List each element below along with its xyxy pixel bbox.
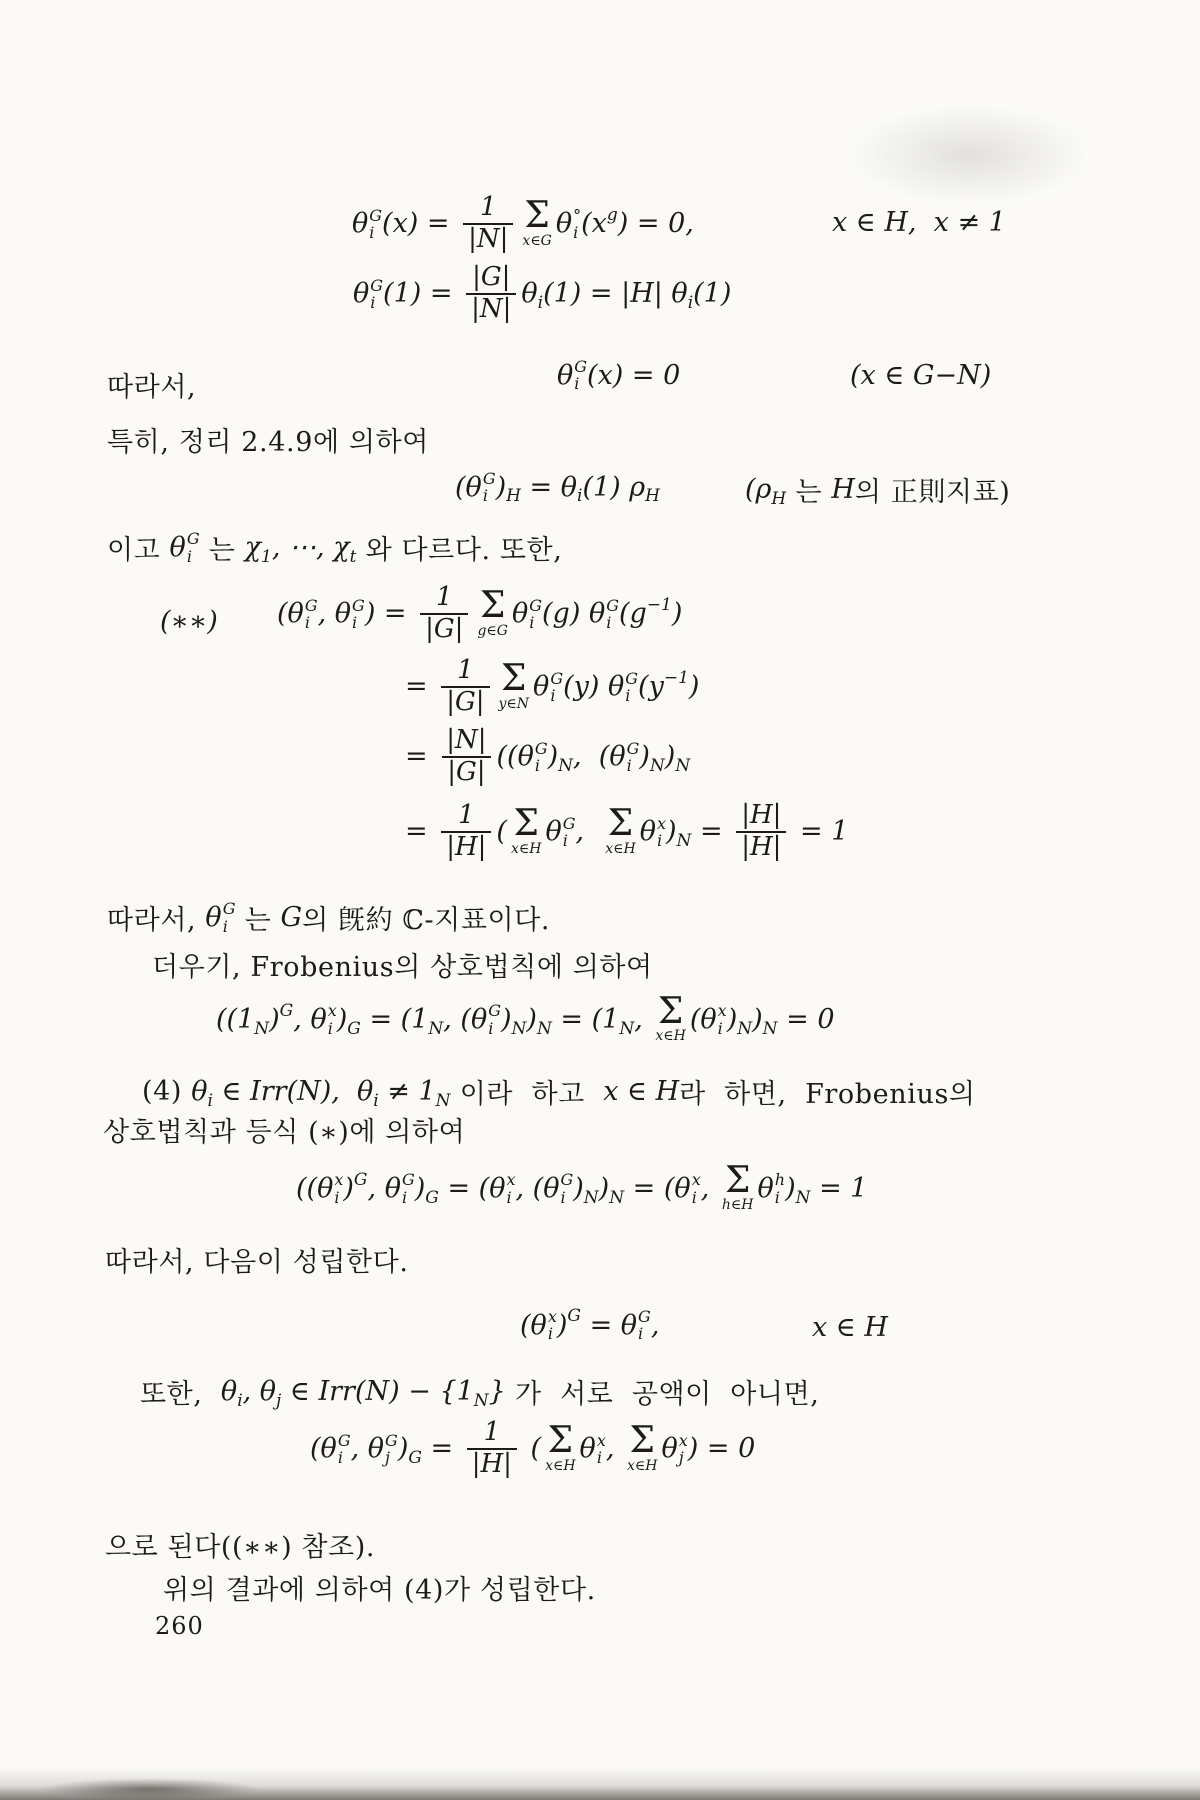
math-sum: Σx∈G	[522, 200, 551, 247]
math-subscript: N	[675, 756, 690, 776]
math-sum: Σx∈H	[511, 808, 541, 855]
math-text: , (	[516, 1173, 544, 1204]
math-supsub-stack: Gi	[529, 597, 542, 632]
math-sub: i	[369, 224, 382, 241]
math-sum: Σx∈H	[627, 1425, 657, 1472]
math-fraction: |H||H|	[736, 801, 786, 863]
math-sub: i	[548, 1325, 557, 1342]
math-base-supsub: θxi	[310, 1002, 336, 1037]
math-text: )	[599, 1173, 610, 1204]
math-text: ,	[634, 1004, 651, 1035]
math-numerator: 1	[452, 656, 479, 686]
math-text: ,	[293, 1004, 310, 1035]
math-denominator: |G|	[441, 686, 489, 718]
math-supsub-stack: xi	[597, 1432, 606, 1467]
math-sum-limit: x∈H	[627, 1459, 657, 1473]
math-sum-limit: g∈G	[477, 624, 508, 638]
math-sup: G	[606, 597, 619, 614]
math-base: θ	[288, 598, 304, 629]
equation-inner-product-line-3: = |N||G|((θGi)N, (θGi)N)N	[405, 726, 690, 788]
math-text: (	[522, 1433, 541, 1464]
math-subscript: i	[538, 293, 543, 313]
math-base: θ	[661, 1433, 677, 1464]
math-superscript: G	[354, 1170, 368, 1190]
math-base: θ	[518, 741, 534, 772]
math-text: = 1	[791, 816, 848, 847]
math-supsub-stack: Gi	[483, 470, 496, 505]
math-fraction: |G||N|	[466, 263, 516, 325]
math-text: ≠ 1	[379, 1076, 436, 1107]
equation-induced-character-value: θGi(x) = 1|N|Σx∈Gθ°i(xg) = 0,	[352, 193, 694, 255]
math-text: =	[691, 816, 731, 847]
math-sub: i	[402, 1189, 415, 1206]
math-base: θ	[609, 741, 625, 772]
math-sup: G	[574, 358, 587, 375]
math-sup: G	[402, 1171, 415, 1188]
math-sub: i	[488, 1020, 501, 1037]
math-text: 이라 하고	[451, 1072, 604, 1111]
math-sub: i	[352, 614, 365, 631]
math-numerator: |N|	[441, 726, 491, 756]
math-sub: i	[718, 1020, 727, 1037]
math-base-supsub: θGi	[621, 1308, 651, 1343]
math-text: (g)	[542, 598, 589, 629]
math-sub: i	[563, 832, 576, 849]
math-numerator: 1	[479, 1418, 506, 1448]
math-text: ,	[701, 1173, 718, 1204]
math-base: θ	[700, 1004, 716, 1035]
math-sup: x	[679, 1432, 688, 1449]
math-sub: i	[625, 687, 638, 704]
math-sup: G	[563, 815, 576, 832]
math-subscript: i	[208, 1091, 213, 1111]
math-text: (x	[581, 208, 607, 239]
math-base: θ	[543, 1173, 559, 1204]
math-fraction: 1|N|	[463, 193, 513, 255]
math-sub: i	[483, 487, 496, 504]
equation-condition-x-in-h-2: x ∈ H	[812, 1312, 888, 1343]
math-denominator: |N|	[463, 223, 513, 255]
math-text: =	[405, 741, 436, 772]
math-sup: G	[223, 900, 236, 917]
math-sup: G	[370, 277, 383, 294]
math-numerator: 1	[453, 801, 480, 831]
math-base: θ	[471, 1004, 487, 1035]
math-sup: G	[369, 207, 382, 224]
math-text: )	[496, 472, 507, 503]
math-sub: j	[385, 1449, 398, 1466]
math-text: ,	[318, 598, 335, 629]
math-text: )	[665, 741, 676, 772]
equation-conjugate-induction-equal: (θxi)G = θGi,	[520, 1308, 659, 1343]
math-text: (ρ	[745, 474, 771, 505]
math-subscript: i	[688, 293, 693, 313]
text-by-reciprocity-and-star: 상호법칙과 등식 (∗)에 의하여	[103, 1110, 465, 1149]
math-text: =	[422, 1433, 462, 1464]
text-frobenius-reciprocity: 더우기, Frobenius의 상호법칙에 의하여	[152, 945, 653, 984]
equation-condition-x-in-g-minus-n: (x ∈ G−N)	[850, 360, 991, 391]
math-subscript: 1	[261, 547, 272, 567]
math-text: )	[548, 741, 559, 772]
math-superscript: −1	[664, 668, 689, 688]
math-base-supsub: θGi	[385, 1171, 415, 1206]
math-subscript: N	[609, 1188, 624, 1208]
math-numerator: |G|	[467, 263, 515, 293]
math-sup: G	[385, 1432, 398, 1449]
math-text: )	[752, 1004, 763, 1035]
math-base: θ	[557, 360, 573, 391]
math-text: θ	[521, 278, 537, 309]
math-text: = (	[624, 1173, 674, 1204]
scan-edge-bottom	[0, 1768, 1200, 1800]
math-sub: i	[370, 294, 383, 311]
math-base: θ	[466, 472, 482, 503]
math-numerator: 1	[475, 193, 502, 223]
math-text: , (	[573, 741, 609, 772]
math-text: 의 旣約 ℂ-지표이다.	[302, 898, 550, 937]
math-sum-limit: y∈N	[499, 697, 530, 711]
math-base-supsub: θGi	[545, 815, 575, 850]
math-denominator: |N|	[466, 293, 516, 325]
math-text: (	[310, 1433, 321, 1464]
math-base: θ	[589, 598, 605, 629]
math-text: )	[666, 816, 677, 847]
math-base-supsub: θxi	[580, 1432, 606, 1467]
math-text: ((	[296, 1173, 317, 1204]
math-base: θ	[608, 671, 624, 702]
math-sup: G	[627, 740, 640, 757]
math-text: (	[455, 472, 466, 503]
equation-condition-x-in-h: x ∈ H, x ≠ 1	[832, 207, 1006, 238]
math-subscript: N	[558, 756, 573, 776]
math-base: θ	[533, 671, 549, 702]
math-text: (	[520, 1310, 531, 1341]
math-base-supsub: θGi	[543, 1171, 573, 1206]
math-sub: i	[560, 1189, 573, 1206]
math-sub: j	[679, 1449, 688, 1466]
math-supsub-stack: Gi	[574, 358, 587, 393]
math-text: = 0	[778, 1004, 835, 1035]
math-sup: G	[550, 670, 563, 687]
equation-trivial-character-inner-product: ((1N)G, θxi)G = (1N, (θGi)N)N = (1N, Σx∈…	[216, 996, 835, 1043]
math-base: θ	[352, 208, 368, 239]
math-subscript: N	[763, 1019, 778, 1039]
sigma-operator-icon: Σ	[513, 808, 538, 840]
math-text: , θ	[243, 1376, 276, 1407]
equation-theta-zero: θGi(x) = 0	[557, 358, 680, 393]
math-text: θ	[221, 1376, 237, 1407]
math-text: =	[405, 816, 436, 847]
math-supsub-stack: Gi	[338, 1432, 351, 1467]
sigma-operator-icon: Σ	[630, 1425, 655, 1457]
math-sum: Σx∈H	[545, 1425, 575, 1472]
math-text: )	[639, 741, 650, 772]
math-sup: G	[305, 597, 318, 614]
math-base: θ	[385, 1173, 401, 1204]
math-text: )	[557, 1310, 568, 1341]
math-base: θ	[489, 1173, 505, 1204]
math-subscript: G	[408, 1448, 422, 1468]
math-base-supsub: θGi	[471, 1002, 501, 1037]
math-base-supsub: θxi	[640, 815, 666, 850]
math-text: x ∈ H	[603, 1076, 679, 1107]
math-text: (x) =	[382, 208, 458, 239]
math-subscript: H	[506, 486, 521, 506]
math-supsub-stack: xj	[679, 1432, 688, 1467]
math-text: 와 다르다. 또한,	[356, 528, 562, 567]
math-supsub-stack: Gi	[560, 1171, 573, 1206]
math-text: 또한,	[140, 1372, 221, 1411]
math-text: = 1	[810, 1173, 867, 1204]
math-text: (4)	[142, 1076, 191, 1107]
math-text: = (1	[552, 1004, 620, 1035]
math-subscript: N	[512, 1019, 527, 1039]
sigma-operator-icon: Σ	[524, 200, 549, 232]
math-text: ) = 0,	[618, 208, 694, 239]
math-subscript: N	[650, 756, 665, 776]
equation-induced-character-degree: θGi(1) = |G||N|θi(1) = |H| θi(1)	[353, 263, 731, 325]
math-fraction: 1|G|	[420, 583, 468, 645]
math-text: ) =	[365, 598, 415, 629]
math-text: }	[489, 1376, 506, 1407]
math-sup: x	[692, 1171, 701, 1188]
math-sub: i	[657, 832, 666, 849]
math-supsub-stack: Gi	[563, 815, 576, 850]
math-sup: G	[560, 1171, 573, 1188]
math-sum: Σx∈H	[605, 808, 635, 855]
math-subscript: N	[619, 1019, 634, 1039]
equation-conjugate-inner-product-one: ((θxi)G, θGi)G = (θxi, (θGi)N)N = (θxi, …	[296, 1165, 867, 1212]
math-subscript: N	[584, 1188, 599, 1208]
math-supsub-stack: Gi	[352, 597, 365, 632]
math-base: θ	[335, 598, 351, 629]
math-superscript: −1	[647, 595, 672, 615]
text-see-double-star: 으로 된다((∗∗) 참조).	[105, 1525, 375, 1564]
math-supsub-stack: xi	[328, 1002, 337, 1037]
text-therefore: 따라서,	[107, 365, 196, 404]
math-sum-limit: x∈H	[605, 842, 635, 856]
math-base: θ	[310, 1004, 326, 1035]
math-text: )	[415, 1173, 426, 1204]
math-sum-limit: h∈H	[722, 1198, 754, 1212]
math-sup: °	[573, 207, 581, 224]
math-denominator: |G|	[420, 613, 468, 645]
math-text: ,	[368, 1173, 385, 1204]
math-text: 의 正則지표)	[855, 470, 1011, 509]
equation-restriction-regular: (θGi)H = θi(1) ρH	[455, 470, 660, 505]
math-text: )	[337, 1004, 348, 1035]
math-text: 는	[200, 528, 245, 567]
math-supsub-stack: Gj	[385, 1432, 398, 1467]
math-sum-limit: x∈H	[511, 842, 541, 856]
math-base-supsub: θGi	[557, 358, 587, 393]
math-subscript: N	[436, 1091, 451, 1111]
math-text: ,	[575, 816, 601, 847]
math-supsub-stack: °i	[573, 207, 581, 242]
text-therefore-following-holds: 따라서, 다음이 성립한다.	[105, 1240, 409, 1279]
math-sum: Σg∈G	[477, 590, 508, 637]
math-text: )	[398, 1433, 409, 1464]
math-base-supsub: θGi	[335, 597, 365, 632]
math-subscript: H	[771, 489, 786, 509]
text-conclusion-item-4: 위의 결과에 의하여 (4)가 성립한다.	[163, 1568, 596, 1607]
math-text: ∈ Irr(N) − {1	[281, 1376, 473, 1407]
math-sup: x	[328, 1002, 337, 1019]
math-text: 가 서로 공액이 아니면,	[506, 1372, 820, 1411]
math-supsub-stack: Gi	[402, 1171, 415, 1206]
math-base-supsub: θGi	[321, 1432, 351, 1467]
math-sub: i	[550, 687, 563, 704]
math-base-supsub: θGi	[533, 670, 563, 705]
label-double-star: (∗∗)	[160, 606, 218, 637]
math-supsub-stack: xi	[657, 815, 666, 850]
math-text: =	[405, 671, 436, 702]
math-fraction: |N||G|	[441, 726, 491, 788]
math-text: )	[672, 598, 683, 629]
math-denominator: |H|	[467, 1448, 517, 1480]
math-sum-limit: x∈H	[655, 1029, 685, 1043]
math-text: (	[690, 1004, 701, 1035]
math-superscript: G	[280, 1001, 294, 1021]
math-base-supsub: θxi	[317, 1171, 343, 1206]
math-text: x ∈ H	[812, 1312, 888, 1343]
page-number: 260	[155, 1612, 204, 1640]
math-text: ,	[651, 1310, 660, 1341]
math-base-supsub: θGi	[609, 740, 639, 775]
math-subscript: t	[350, 547, 357, 567]
math-base-supsub: θ°i	[556, 207, 581, 242]
math-text: )	[526, 1004, 537, 1035]
scanned-textbook-page: θGi(x) = 1|N|Σx∈Gθ°i(xg) = 0, x ∈ H, x ≠…	[0, 0, 1200, 1800]
math-text: (1)	[693, 278, 731, 309]
math-sum: Σy∈N	[499, 663, 530, 710]
math-sum-limit: x∈H	[545, 1459, 575, 1473]
math-text: 따라서,	[107, 898, 205, 937]
math-base-supsub: θhi	[757, 1171, 785, 1206]
math-subscript: G	[347, 1019, 361, 1039]
math-base: θ	[757, 1173, 773, 1204]
math-supsub-stack: xi	[548, 1308, 557, 1343]
math-text: (∗∗)	[160, 606, 218, 637]
math-supsub-stack: xi	[692, 1171, 701, 1206]
math-sup: x	[548, 1308, 557, 1325]
math-subscript: N	[796, 1188, 811, 1208]
math-denominator: |G|	[442, 756, 490, 788]
math-denominator: |H|	[441, 831, 491, 863]
math-supsub-stack: xi	[718, 1002, 727, 1037]
math-base-supsub: θGi	[589, 597, 619, 632]
math-text: 라 하면, Frobenius의	[679, 1072, 975, 1111]
equation-inner-product-line-4: = 1|H|(Σx∈HθGi, Σx∈Hθxi)N = |H||H| = 1	[405, 801, 848, 863]
math-text: ) = 0	[688, 1433, 756, 1464]
math-sub: i	[529, 614, 542, 631]
math-sum-limit: x∈G	[522, 234, 551, 248]
math-base-supsub: θxi	[674, 1171, 700, 1206]
math-text: θ	[191, 1076, 207, 1107]
math-sup: G	[535, 740, 548, 757]
math-supsub-stack: Gi	[638, 1308, 651, 1343]
sigma-operator-icon: Σ	[608, 808, 633, 840]
math-subscript: j	[276, 1391, 281, 1411]
math-base: θ	[580, 1433, 596, 1464]
math-text: )	[785, 1173, 796, 1204]
math-text: )	[501, 1004, 512, 1035]
math-sup: G	[529, 597, 542, 614]
math-sub: i	[775, 1189, 785, 1206]
math-base-supsub: θGi	[352, 207, 382, 242]
math-base: θ	[531, 1310, 547, 1341]
math-sup: h	[775, 1171, 785, 1188]
math-text: G	[281, 902, 303, 933]
math-supsub-stack: Gi	[625, 670, 638, 705]
math-subscript: i	[237, 1391, 242, 1411]
math-supsub-stack: Gi	[550, 670, 563, 705]
math-text: (1) ρ	[582, 472, 645, 503]
math-text: (x) = 0	[587, 360, 680, 391]
equation-inner-product-line-2: = 1|G|Σy∈NθGi(y) θGi(y−1)	[405, 656, 699, 718]
math-subscript: N	[537, 1019, 552, 1039]
math-base-supsub: θxi	[489, 1171, 515, 1206]
math-sub: i	[223, 918, 236, 935]
math-base: θ	[317, 1173, 333, 1204]
math-base-supsub: θGi	[170, 530, 200, 565]
note-regular-character: (ρH 는 H의 正則지표)	[745, 470, 1010, 509]
math-subscript: H	[645, 486, 660, 506]
math-supsub-stack: Gi	[627, 740, 640, 775]
math-text: ∈ Irr(N), θ	[213, 1076, 373, 1107]
math-text: ((	[497, 741, 518, 772]
math-supsub-stack: Gi	[488, 1002, 501, 1037]
math-subscript: N	[254, 1019, 269, 1039]
math-sub: i	[627, 757, 640, 774]
math-base-supsub: θxi	[700, 1002, 726, 1037]
math-text: (	[496, 816, 507, 847]
math-base-supsub: θGi	[288, 597, 318, 632]
math-fraction: 1|H|	[441, 801, 491, 863]
math-sup: G	[483, 470, 496, 487]
equation-orthogonality-zero: (θGi, θGj)G = 1|H| (Σx∈Hθxi, Σx∈Hθxj) = …	[310, 1418, 755, 1480]
math-base-supsub: θGi	[608, 670, 638, 705]
math-text: (x ∈ G−N)	[850, 360, 991, 391]
math-text: = (	[439, 1173, 489, 1204]
math-fraction: 1|G|	[441, 656, 489, 718]
math-text: (	[277, 598, 288, 629]
math-base: θ	[545, 816, 561, 847]
math-text: 는	[786, 470, 831, 509]
math-base-supsub: θGi	[466, 470, 496, 505]
text-by-theorem-249: 특히, 정리 2.4.9에 의하여	[107, 420, 429, 459]
sigma-operator-icon: Σ	[548, 1425, 573, 1457]
math-sup: G	[338, 1432, 351, 1449]
math-base-supsub: θxj	[661, 1432, 687, 1467]
math-base-supsub: θGi	[518, 740, 548, 775]
math-sub: i	[187, 548, 200, 565]
math-base: θ	[674, 1173, 690, 1204]
math-sub: i	[692, 1189, 701, 1206]
math-text: ,	[351, 1433, 368, 1464]
math-supsub-stack: Gi	[369, 207, 382, 242]
equation-inner-product-line-1: (θGi, θGi) = 1|G|Σg∈GθGi(g) θGi(g−1)	[277, 583, 682, 645]
math-sup: x	[597, 1432, 606, 1449]
math-base-supsub: θxi	[531, 1308, 557, 1343]
math-sub: i	[328, 1020, 337, 1037]
text-item-4-hypothesis: (4) θi ∈ Irr(N), θi ≠ 1N 이라 하고 x ∈ H라 하면…	[142, 1072, 976, 1111]
math-base-supsub: θGi	[205, 900, 235, 935]
math-sup: G	[187, 530, 200, 547]
math-supsub-stack: Gi	[370, 277, 383, 312]
math-base: θ	[640, 816, 656, 847]
math-base-supsub: θGi	[512, 597, 542, 632]
